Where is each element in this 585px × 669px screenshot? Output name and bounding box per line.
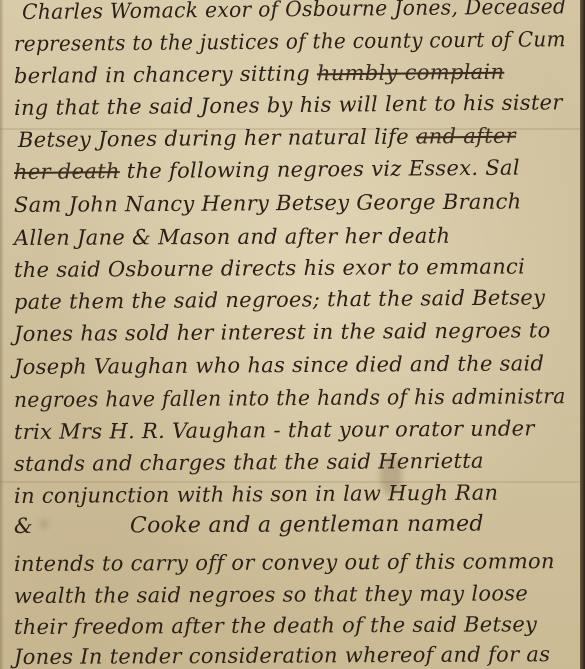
- manuscript-text: Charles Womack exor of Osbourne Jones, D…: [0, 0, 580, 669]
- line-text: their freedom after the death of the sai…: [14, 612, 537, 639]
- line-text: intends to carry off or convey out of th…: [14, 549, 555, 576]
- struck-text: humbly complain: [317, 60, 505, 86]
- line-text: ing that the said Jones by his will lent…: [14, 90, 563, 120]
- line-prefix: &: [14, 514, 40, 538]
- line-text: in conjunction with his son in law Hugh …: [14, 481, 498, 508]
- text-line-14: trix Mrs H. R. Vaughan - that your orato…: [14, 416, 535, 444]
- text-line-3: berland in chancery sitting humbly compl…: [14, 60, 505, 88]
- text-line-5: Betsey Jones during her natural life and…: [18, 124, 516, 152]
- line-text: Charles Womack exor of Osbourne Jones, D…: [22, 0, 566, 24]
- line-text: Cooke and a gentleman named: [130, 512, 484, 539]
- text-line-13: negroes have fallen into the hands of hi…: [14, 384, 566, 412]
- text-line-6: her death the following negroes viz Esse…: [14, 156, 520, 184]
- text-line-7: Sam John Nancy Henry Betsey George Branc…: [14, 189, 522, 217]
- manuscript-page: Charles Womack exor of Osbourne Jones, D…: [0, 0, 585, 669]
- struck-text: and after: [416, 124, 516, 149]
- text-line-12: Joseph Vaughan who has since died and th…: [14, 351, 544, 379]
- text-line-2: represents to the justices of the county…: [14, 27, 566, 56]
- text-line-4: ing that the said Jones by his will lent…: [14, 90, 563, 120]
- text-line-18: intends to carry off or convey out of th…: [14, 549, 555, 576]
- text-line-1: Charles Womack exor of Osbourne Jones, D…: [22, 0, 566, 24]
- line-text: pate them the said negroes; that the sai…: [14, 285, 545, 314]
- line-text: trix Mrs H. R. Vaughan - that your orato…: [14, 416, 535, 444]
- paper-right-edge: [580, 0, 585, 669]
- text-line-16: in conjunction with his son in law Hugh …: [14, 481, 498, 508]
- text-line-21: Jones In tender consideration whereof an…: [14, 642, 550, 669]
- line-text: Sam John Nancy Henry Betsey George Branc…: [14, 189, 522, 217]
- line-text: Betsey Jones during her natural life: [18, 125, 409, 152]
- line-text: the said Osbourne directs his exor to em…: [14, 254, 525, 282]
- line-text: Jones has sold her interest in the said …: [14, 318, 551, 346]
- text-line-19: wealth the said negroes so that they may…: [14, 581, 528, 608]
- line-text: Allen Jane & Mason and after her death: [14, 224, 450, 250]
- line-text: stands and charges that the said Henriet…: [14, 449, 484, 476]
- line-text: Jones In tender consideration whereof an…: [14, 642, 550, 669]
- text-line-10: pate them the said negroes; that the sai…: [14, 285, 545, 314]
- text-line-17: & Cooke and a gentleman named: [14, 512, 484, 539]
- text-line-8: Allen Jane & Mason and after her death: [14, 224, 450, 250]
- line-text: represents to the justices of the county…: [14, 27, 566, 56]
- line-text: Joseph Vaughan who has since died and th…: [14, 351, 544, 379]
- line-text: berland in chancery sitting: [14, 61, 310, 88]
- struck-text: her death: [14, 159, 120, 184]
- text-line-9: the said Osbourne directs his exor to em…: [14, 254, 525, 282]
- line-text: wealth the said negroes so that they may…: [14, 581, 528, 608]
- text-line-15: stands and charges that the said Henriet…: [14, 449, 484, 476]
- text-line-11: Jones has sold her interest in the said …: [14, 318, 551, 346]
- line-text: the following negroes viz Essex. Sal: [120, 156, 520, 183]
- text-line-20: their freedom after the death of the sai…: [14, 612, 537, 639]
- line-text: negroes have fallen into the hands of hi…: [14, 384, 566, 412]
